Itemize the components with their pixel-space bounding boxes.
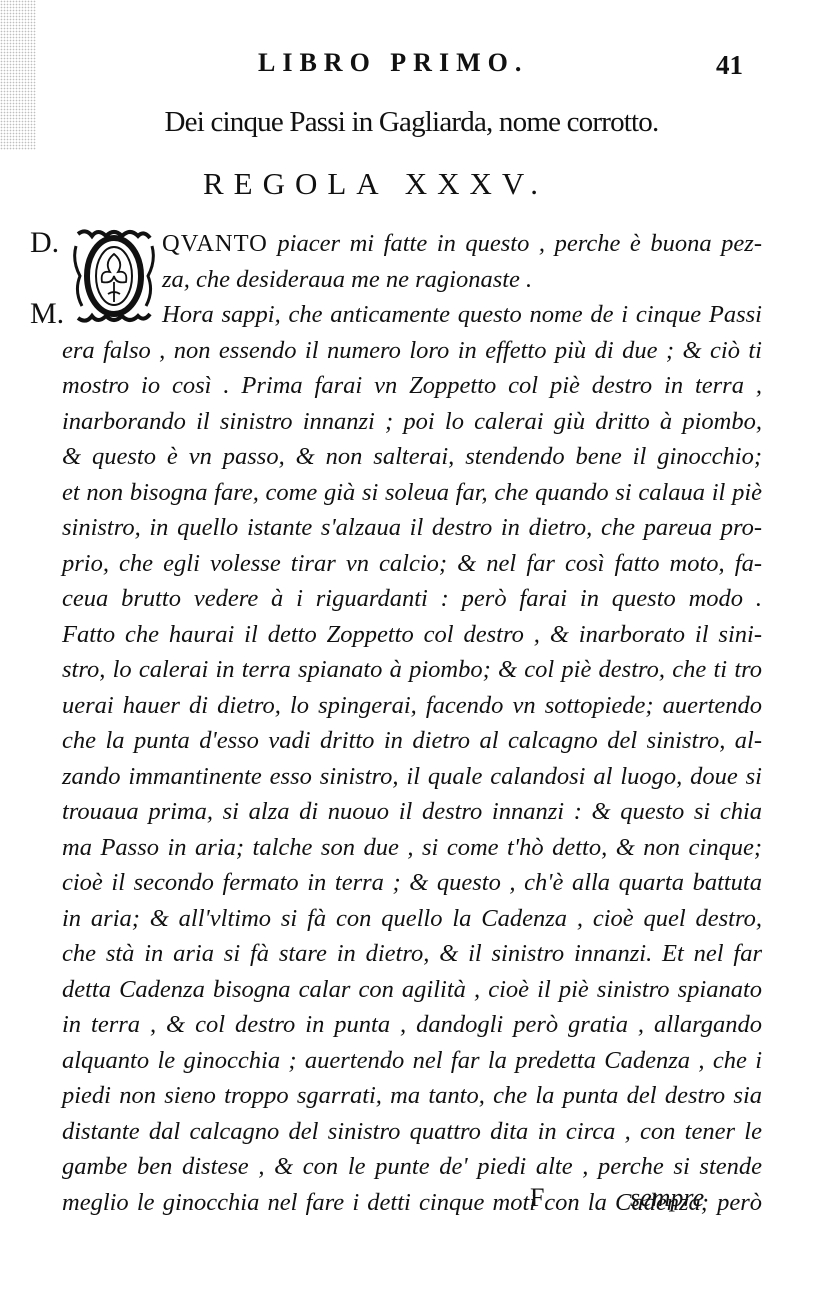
text-line: ma Passo in aria; talche son due , si co… — [62, 830, 762, 866]
dialogue-text: QVANTO piacer mi fatte in questo , perch… — [62, 226, 762, 1220]
text-line: Hora sappi, che anticamente questo nome … — [62, 297, 762, 333]
text-line: za, che desideraua me ne ragionaste . — [62, 262, 762, 298]
text-line: inarborando il sinistro innanzi ; poi lo… — [62, 404, 762, 440]
text-line: prio, che egli volesse tirar vn calcio; … — [62, 546, 762, 582]
text-line: gambe ben distese , & con le punte de' p… — [62, 1149, 762, 1185]
text-line: in aria; & all'vltimo si fà con quello l… — [62, 901, 762, 937]
text-line: & questo è vn passo, & non salterai, ste… — [62, 439, 762, 475]
text-line: detta Cadenza bisogna calar con agilità … — [62, 972, 762, 1008]
chapter-title: Dei cinque Passi in Gagliarda, nome corr… — [0, 106, 831, 139]
opening-small-caps: QVANTO — [162, 230, 268, 257]
rule-title: REGOLA XXXV. — [0, 166, 831, 202]
text-line: et non bisogna fare, come già si soleua … — [62, 475, 762, 511]
speaker-d: D. — [30, 226, 59, 260]
signature-mark: F — [530, 1183, 544, 1213]
speaker-m: M. — [30, 297, 64, 331]
text-line: QVANTO piacer mi fatte in questo , perch… — [62, 226, 762, 262]
text-line: cioè il secondo fermato in terra ; & que… — [62, 865, 762, 901]
catchword: sempre — [630, 1183, 704, 1213]
text-line: stro, lo calerai in terra spianato à pio… — [62, 652, 762, 688]
text-line: piedi non sieno troppo sgarrati, ma tant… — [62, 1078, 762, 1114]
book-page: LIBRO PRIMO. 41 Dei cinque Passi in Gagl… — [0, 0, 831, 1295]
text-line: che stà in aria si fà stare in dietro, &… — [62, 936, 762, 972]
text-line: zando immantinente esso sinistro, il qua… — [62, 759, 762, 795]
page-number: 41 — [716, 50, 743, 81]
text-line: uerai hauer di dietro, lo spingerai, fac… — [62, 688, 762, 724]
text-line: mostro io così . Prima farai vn Zoppetto… — [62, 368, 762, 404]
text-line: che la punta d'esso vadi dritto in dietr… — [62, 723, 762, 759]
text-line: in terra , & col destro in punta , dando… — [62, 1007, 762, 1043]
text-line: ceua brutto vedere à i riguardanti : per… — [62, 581, 762, 617]
text-line: trouaua prima, si alza di nuouo il destr… — [62, 794, 762, 830]
text-line: alquanto le ginocchia ; auertendo nel fa… — [62, 1043, 762, 1079]
text-line: Fatto che haurai il detto Zoppetto col d… — [62, 617, 762, 653]
text-line: distante dal calcagno del sinistro quatt… — [62, 1114, 762, 1150]
running-head-title: LIBRO PRIMO. — [258, 48, 528, 78]
text-line: sinistro, in quello istante s'alzaua il … — [62, 510, 762, 546]
text-line: era falso , non essendo il numero loro i… — [62, 333, 762, 369]
